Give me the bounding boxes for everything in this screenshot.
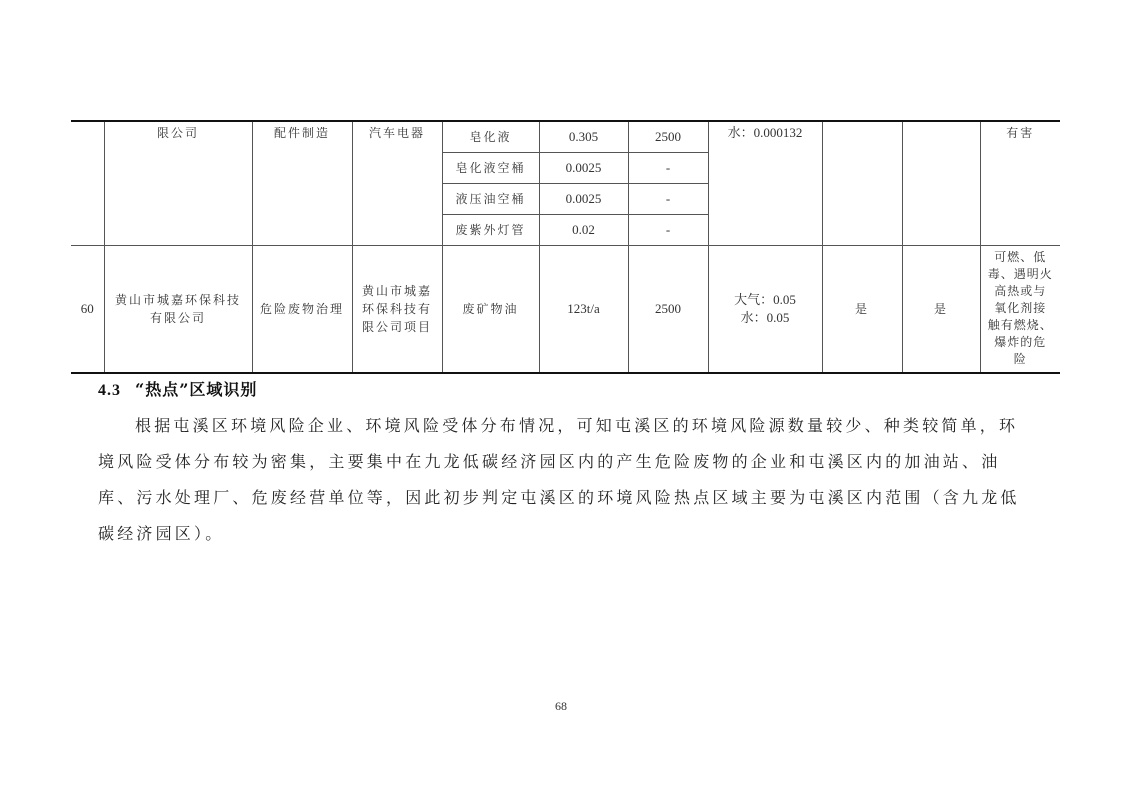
ratio-line: 大气：0.05	[711, 291, 820, 309]
hazard-cell: 有害	[980, 121, 1060, 245]
project-cell: 黄山市城嘉 环保科技有 限公司项目	[352, 245, 442, 373]
hazard-line: 毒、遇明火	[983, 266, 1059, 283]
threshold-cell: -	[628, 214, 708, 245]
col-a-cell	[822, 121, 902, 245]
section-number: 4.3	[98, 382, 121, 399]
company-line: 有限公司	[107, 309, 250, 327]
ratio-cell: 水：0.000132	[708, 121, 822, 245]
row-index-cell	[71, 121, 104, 245]
hazard-line: 险	[983, 351, 1059, 368]
hazard-line: 爆炸的危	[983, 334, 1059, 351]
industry-cell: 危险废物治理	[252, 245, 352, 373]
project-line: 限公司项目	[355, 318, 440, 336]
col-b-cell	[902, 121, 980, 245]
company-cell: 限公司	[104, 121, 252, 245]
threshold-cell: 2500	[628, 245, 708, 373]
amount-cell: 123t/a	[539, 245, 628, 373]
amount-cell: 0.0025	[539, 183, 628, 214]
industry-cell: 配件制造	[252, 121, 352, 245]
col-b-cell: 是	[902, 245, 980, 373]
amount-cell: 0.305	[539, 121, 628, 152]
project-line: 黄山市城嘉	[355, 282, 440, 300]
substance-name-cell: 废矿物油	[442, 245, 539, 373]
substance-name-cell: 皂化液	[442, 121, 539, 152]
hazard-cell: 可燃、低 毒、遇明火 高热或与 氧化剂接 触有燃烧、 爆炸的危 险	[980, 245, 1060, 373]
substance-name-cell: 废紫外灯管	[442, 214, 539, 245]
project-cell: 汽车电器	[352, 121, 442, 245]
amount-cell: 0.0025	[539, 152, 628, 183]
page-number: 68	[0, 699, 1122, 714]
hazard-line: 触有燃烧、	[983, 317, 1059, 334]
col-a-cell: 是	[822, 245, 902, 373]
company-cell: 黄山市城嘉环保科技 有限公司	[104, 245, 252, 373]
section-heading: 4.3“热点”区域识别	[98, 377, 257, 400]
table-row: 限公司 配件制造 汽车电器 皂化液 0.305 2500 水：0.000132 …	[71, 121, 1060, 152]
hazard-line: 可燃、低	[983, 249, 1059, 266]
hazard-line: 氧化剂接	[983, 300, 1059, 317]
amount-cell: 0.02	[539, 214, 628, 245]
section-title-text: “热点”区域识别	[135, 380, 257, 399]
ratio-cell: 大气：0.05 水：0.05	[708, 245, 822, 373]
threshold-cell: 2500	[628, 121, 708, 152]
company-line: 黄山市城嘉环保科技	[107, 291, 250, 309]
substance-name-cell: 液压油空桶	[442, 183, 539, 214]
hazard-line: 高热或与	[983, 283, 1059, 300]
ratio-line: 水：0.05	[711, 309, 820, 327]
risk-source-table: 限公司 配件制造 汽车电器 皂化液 0.305 2500 水：0.000132 …	[71, 120, 1060, 374]
body-paragraph: 根据屯溪区环境风险企业、环境风险受体分布情况，可知屯溪区的环境风险源数量较少、种…	[98, 408, 1033, 552]
project-line: 环保科技有	[355, 300, 440, 318]
row-index-cell: 60	[71, 245, 104, 373]
threshold-cell: -	[628, 183, 708, 214]
substance-name-cell: 皂化液空桶	[442, 152, 539, 183]
document-page: 限公司 配件制造 汽车电器 皂化液 0.305 2500 水：0.000132 …	[0, 0, 1122, 793]
threshold-cell: -	[628, 152, 708, 183]
table-row: 60 黄山市城嘉环保科技 有限公司 危险废物治理 黄山市城嘉 环保科技有 限公司…	[71, 245, 1060, 373]
